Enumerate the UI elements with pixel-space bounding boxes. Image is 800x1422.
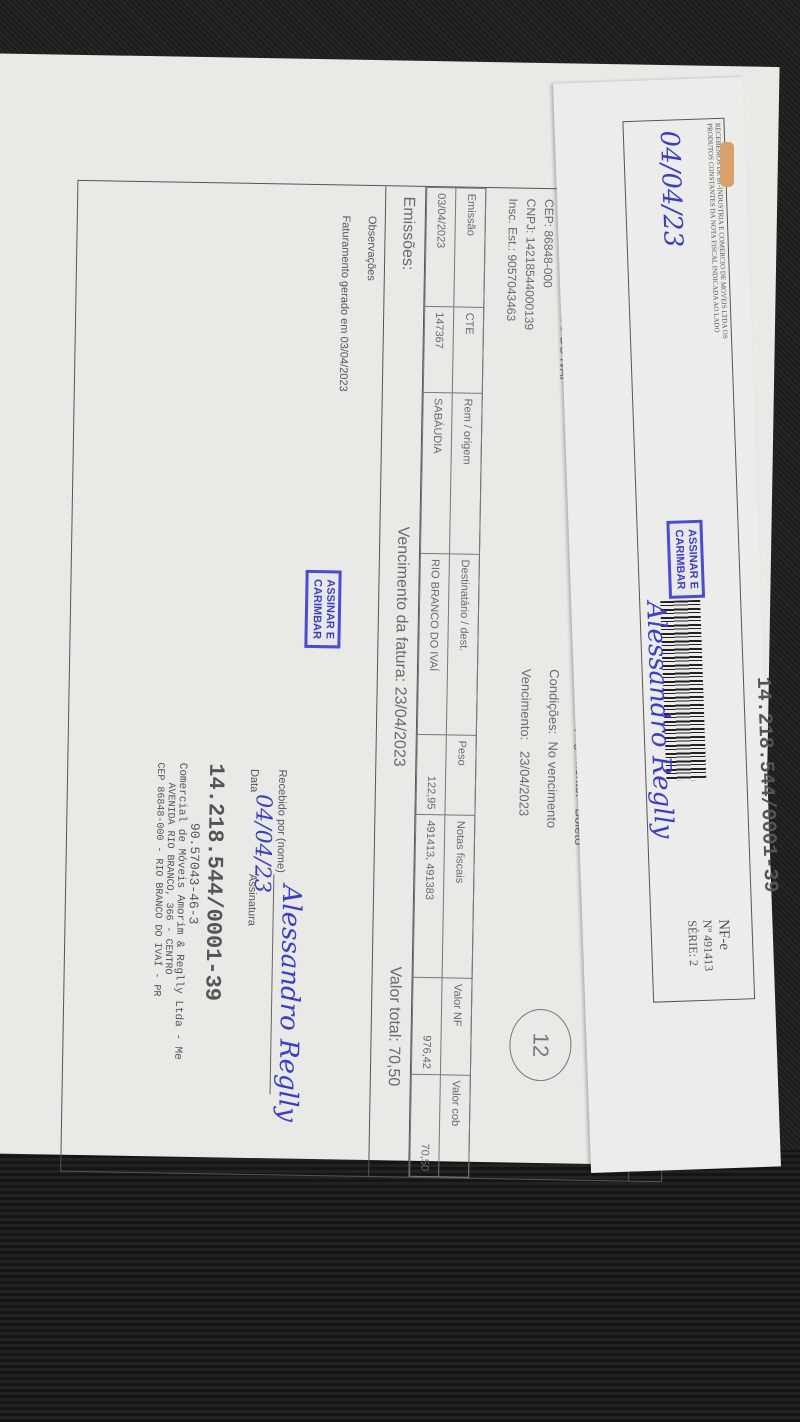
- circled-number: 12: [509, 1009, 572, 1082]
- nfe-number: 491413: [701, 935, 716, 971]
- stub-sign-stamp: ASSINAR E CARIMBAR: [666, 520, 705, 599]
- emissoes-label: Emissões:: [398, 196, 417, 270]
- valor-total: Valor total: 70,50: [384, 966, 404, 1086]
- nfe-stub-box: RECEBEMOS DE BI-INDUSTRIA E COMERCIO DE …: [622, 118, 755, 1003]
- sacado-cnpj: CNPJ: 14218544000139: [522, 199, 538, 331]
- data-label: Data: [248, 769, 260, 792]
- recebido-label: Recebido por (nome): [274, 769, 288, 873]
- sacado-cep: CEP: 86848-000: [541, 199, 557, 288]
- nfe-receipt-stub: RECEBEMOS DE BI-INDUSTRIA E COMERCIO DE …: [553, 77, 781, 1173]
- signature-name: Alessandro Reglly: [272, 884, 306, 1122]
- vencimento-fatura: Vencimento da fatura: 23/04/2023: [389, 526, 411, 766]
- observacoes-text: Faturamento gerado em 03/04/2023: [337, 215, 352, 391]
- sign-stamp: ASSINAR E CARIMBAR: [304, 570, 341, 649]
- stub-handwritten-date: 04/04/23: [654, 130, 688, 248]
- vencimento: Vencimento: 23/04/2023: [516, 669, 534, 817]
- nfe-info: NF-e Nº 491413 SÉRIE: 2: [684, 919, 733, 972]
- assinatura-label: Assinatura: [245, 874, 258, 926]
- observacoes: Observações Faturamento gerado em 03/04/…: [337, 215, 378, 392]
- observacoes-label: Observações: [363, 216, 378, 392]
- condicoes: Condições: No vencimento: [544, 669, 562, 828]
- nfe-serie: 2: [687, 960, 701, 966]
- nfe-type: NF-e: [714, 919, 733, 971]
- nfe-stub-content: RECEBEMOS DE BI-INDUSTRIA E COMERCIO DE …: [604, 118, 755, 1022]
- cnpj-stamp: 14.218.544/0001-39 90.57043-46-3 Comerci…: [149, 762, 228, 1060]
- sacado-ie: Insc. Est.: 9057043463: [504, 198, 520, 321]
- stub-cnpj-stamp: 14.218.544/0001-39: [751, 676, 782, 893]
- orange-object: [720, 142, 734, 187]
